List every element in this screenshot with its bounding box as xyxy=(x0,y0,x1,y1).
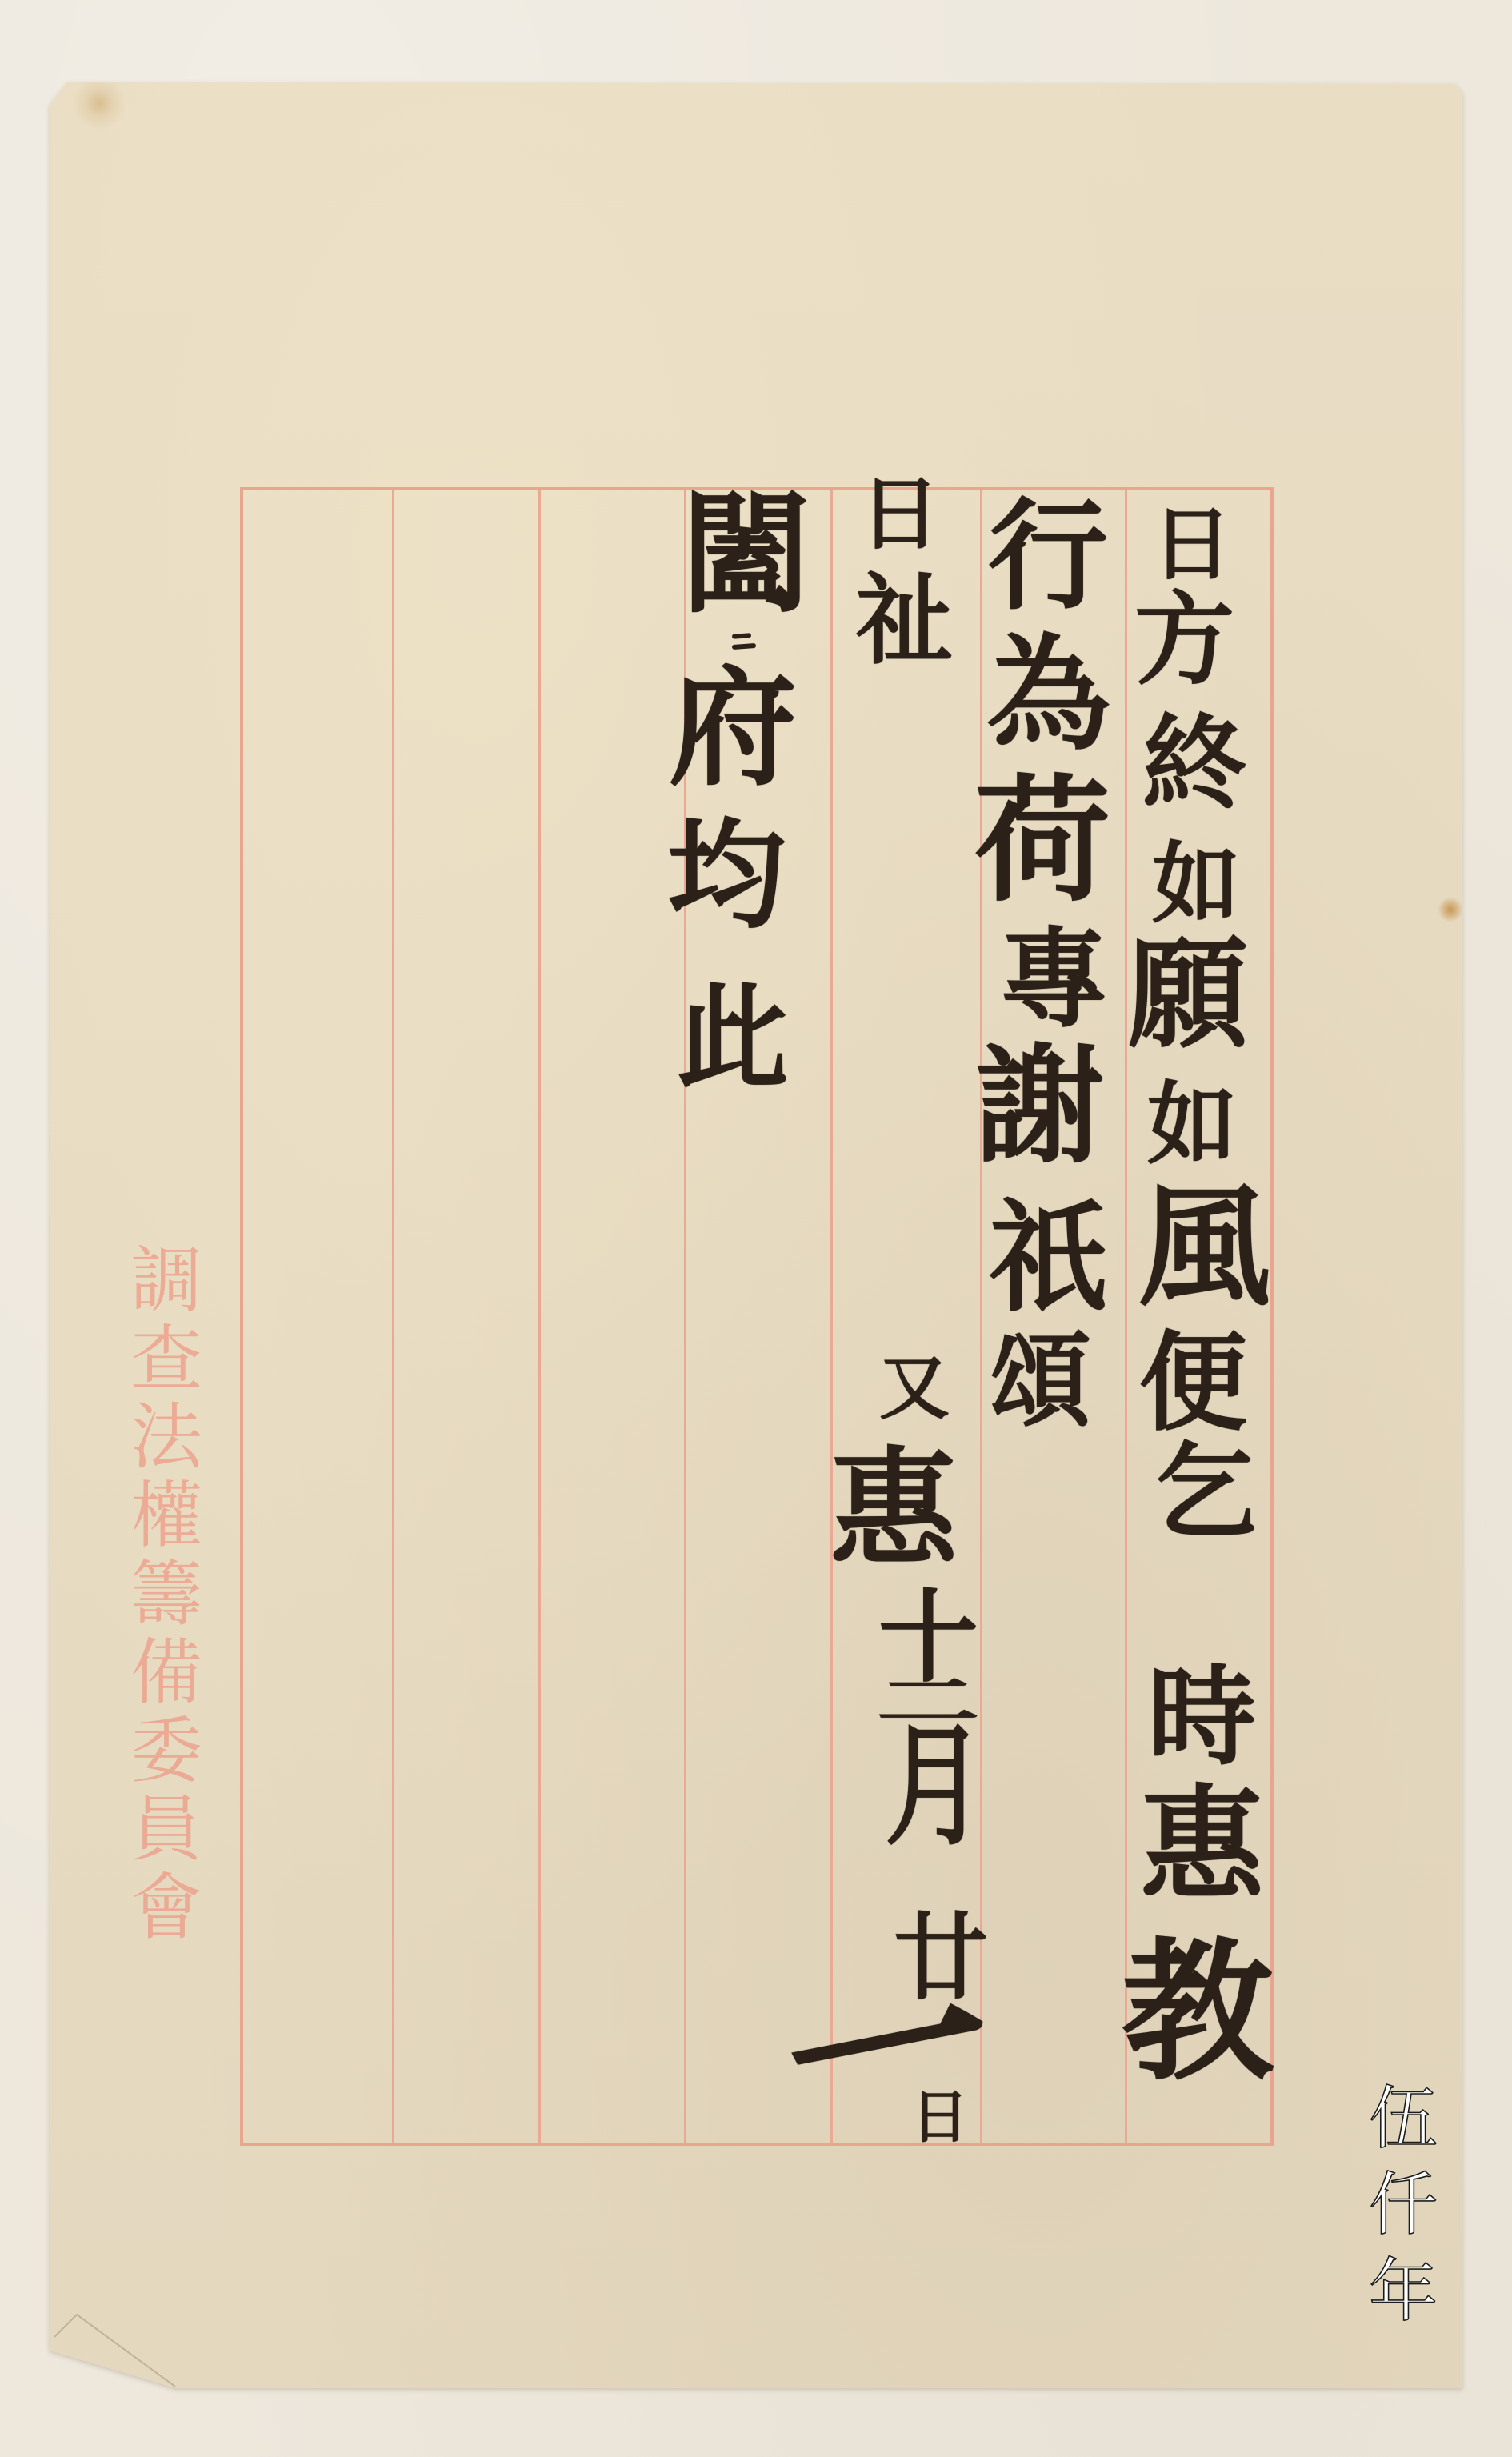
letterhead-char: 權 xyxy=(130,1477,202,1555)
calligraphy-char: 祇 xyxy=(988,1198,1108,1318)
calligraphy-char: 願 xyxy=(1128,934,1248,1054)
letterhead-char: 會 xyxy=(130,1869,202,1947)
column-rule xyxy=(980,490,982,2143)
calligraphy-char: 頌 xyxy=(990,1330,1092,1432)
letterhead-char: 調 xyxy=(130,1242,202,1320)
calligraphy-char: 均 xyxy=(667,816,786,934)
letterhead-char: 委 xyxy=(130,1712,202,1791)
calligraphy-char: 此 xyxy=(677,982,789,1094)
watermark: 伍 仟 年 xyxy=(1365,2075,1442,2335)
letterhead-char: 備 xyxy=(130,1634,202,1712)
calligraphy-char: 行 xyxy=(988,496,1108,616)
calligraphy-char: 為 xyxy=(986,632,1110,756)
calligraphy-char: 荷 xyxy=(974,773,1110,909)
calligraphy-char: 謝 xyxy=(976,1042,1104,1170)
watermark-char: 伍 xyxy=(1369,2075,1438,2162)
closing-char: 祉 xyxy=(855,571,953,669)
calligraphy-char: 時 xyxy=(1148,1663,1256,1771)
calligraphy-char: 方 xyxy=(1134,590,1234,690)
date-char: 日 xyxy=(911,2088,969,2146)
calligraphy-char: 如 xyxy=(1152,840,1240,928)
calligraphy-char: 乞 xyxy=(1153,1440,1257,1544)
calligraphy-char: 日 xyxy=(1152,504,1232,584)
date-char: 月 xyxy=(886,1720,985,1852)
column-rule xyxy=(1125,490,1127,2143)
calligraphy-char: 如 xyxy=(1147,1080,1237,1170)
letterhead-imprint: 調 查 法 權 籌 備 委 員 會 xyxy=(125,1242,208,1947)
repeat-mark xyxy=(729,632,758,651)
calligraphy-char: 府 xyxy=(669,664,797,792)
signature-char: 惠 xyxy=(830,1445,958,1573)
signature-char: 又 xyxy=(879,1352,950,1423)
calligraphy-char: 便 xyxy=(1139,1328,1247,1436)
letterhead-char: 查 xyxy=(130,1320,202,1399)
letterhead-char: 法 xyxy=(130,1399,202,1477)
calligraphy-char: 惠 xyxy=(1140,1783,1264,1907)
closing-char: 日 xyxy=(860,474,940,554)
calligraphy-char: 風 xyxy=(1138,1181,1270,1313)
calligraphy-char: 專 xyxy=(1000,925,1108,1033)
watermark-char: 仟 xyxy=(1369,2162,1438,2248)
date-char: 一 xyxy=(770,1935,1010,2174)
calligraphy-char: 教 xyxy=(1122,1936,1274,2088)
column-rule xyxy=(392,490,394,2143)
watermark-char: 年 xyxy=(1369,2248,1438,2335)
repeat-mark-stroke xyxy=(732,633,751,639)
column-rule xyxy=(538,490,541,2143)
letterhead-char: 員 xyxy=(130,1791,202,1869)
calligraphy-char: 闔 xyxy=(680,488,812,620)
letterhead-char: 籌 xyxy=(130,1555,202,1634)
repeat-mark-stroke xyxy=(732,643,756,650)
calligraphy-char: 終 xyxy=(1142,712,1246,816)
column-rule xyxy=(830,490,833,2143)
